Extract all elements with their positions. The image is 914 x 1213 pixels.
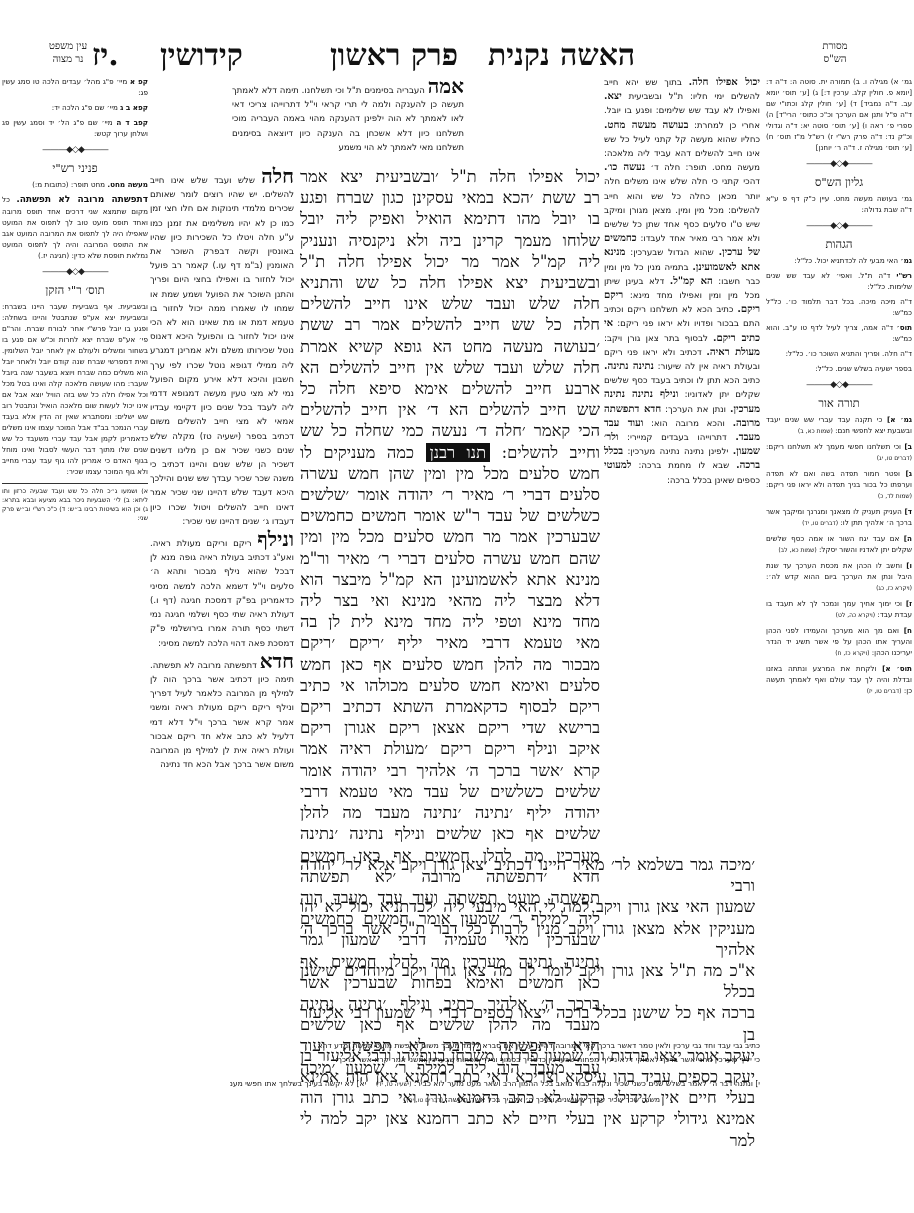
hagahot-text: האי מבעי לה לכדתניא יכול. כל"ל: (794, 256, 898, 265)
daf-number: יז. (92, 38, 119, 78)
rashi-dibbur: נתינה נתינה. (604, 361, 654, 372)
verse-mark: גמ׳ א] (887, 415, 912, 424)
gemara-line-tanu-rabanan: וחייב להשלים: תנו רבנן כמה מעניקים לו (300, 442, 600, 463)
verse-mark: ח] (904, 626, 912, 635)
rashi-commentary: יכול אפילו חלה. בתוך שש יהא חייב להשלים … (604, 76, 760, 804)
tosafot-opening: אמה העבריה בסימנים ת"ל וכי תשלחנו. תימה … (232, 76, 464, 166)
verse-ref: (דברים טו, יז) (867, 688, 902, 695)
gemara-line: ליה קמ"ל אמר מר יכול אפילו חלה ת"ל (300, 251, 600, 272)
verse-text: משנה שכר שכיר עבדך שש שנים וברכך ה׳ אלהי… (445, 1095, 660, 1104)
tanu-rabanan-marker: תנו רבנן (426, 443, 491, 462)
ein-mishpat-text: מיי׳ פ"ג מהל׳ עבדים הלכה טו סמג עשין פג: (2, 77, 148, 97)
hagahot-text: ד"ה מיכה מיכה. בכל דבר תלמוד כו׳. כל"ל כ… (766, 297, 912, 317)
ein-mishpat-mark: קפא ב ג (120, 103, 148, 112)
gemara-line: שלוחו מעמך קרינן ביה ולא ניקנסיה ונעניק (300, 230, 600, 251)
ornament-divider: ———◆◇◆——— (766, 159, 912, 169)
verse-ref: (ישעיה טז, יד) (376, 1081, 412, 1088)
gemara-line: קרא ׳אשר ברכך ה׳ אלהיך רבי יהודה אומר (300, 760, 600, 781)
tosafot-text: ריקם וריקם מעולת ראיה. ואע"ג דכתיב בעולת… (150, 539, 294, 648)
ein-mishpat-list: קפ א מיי׳ פ"ג מהל׳ עבדים הלכה טו סמג עשי… (2, 76, 148, 139)
torah-or-entry: ה] אם עבד יגח השור או אמה כסף שלשים שקלי… (766, 533, 912, 556)
gemara-line: ברכה אף כל שישנן בכלל ברכה ׳יצאו כספים ד… (300, 1002, 755, 1044)
bottom-verse-line: משנה שכר שכיר עבדך שש שנים וברכך ה׳ אלהי… (330, 1094, 660, 1107)
gemara-line: אמינא גידולי קרקע אין בעלי חיים לא כתב ר… (300, 1108, 755, 1129)
ornament-divider: ———◆◇◆——— (2, 267, 148, 277)
verse-ref: (ויקרא כז, ח) (835, 650, 869, 657)
hagahot-entry: ד"ה חלה. ופריך והתניא השוכר כו׳. כל"ל: (766, 348, 912, 359)
footnotes: א) ושמעו ג״כ חלה כל שש ועבד שבעיה כרזון … (2, 483, 148, 523)
torah-or-entry: ד] העניק תעניק לו מצאנך ומגרנך ומיקבך אש… (766, 506, 912, 529)
gemara-line: מחד מינא וטפי ליה מחד מינא לית לן בה (300, 611, 600, 632)
rashi-text: שבא לו מחמת ברכה: (638, 461, 729, 471)
verse-mark: ג] (906, 469, 913, 478)
verse-ref: (דברים טו, יג) (877, 455, 912, 462)
ein-mishpat-heading: עין משפט נר מצוה (38, 40, 98, 66)
verse-text: העניק תעניק לו מצאנך ומגרנך ומיקבך אשר ב… (766, 507, 912, 527)
perek-number: פרק ראשון (330, 38, 458, 78)
rashi-text: כספים שאינן בכלל ברכה: (667, 476, 760, 486)
ein-mishpat-mark: קפ א (130, 77, 148, 86)
gemara-line: ובשביעית יצא אפילו חלה כל שש והתניא (300, 272, 600, 293)
tosafot-entry: חדא דתפשתה מרובה לא תפשתה. תימה כיון דכת… (150, 651, 294, 773)
ner-mitzvah-label: נר מצוה (38, 53, 98, 66)
hagahot-label: רש"י (896, 271, 912, 280)
gemara-line: ׳בעושה מעשה מחט הא גופא קשיא אמרת (300, 336, 600, 357)
rashi-text: והכא מרובה הוא: (651, 419, 725, 429)
rashi-text: דתרוייהו בעבדים קמיירי: (627, 433, 727, 443)
torah-or-entry: ב] וכי תשלחנו חפשי מעמך לא תשלחנו ריקם: … (766, 441, 912, 464)
rashi-dibbur: הא קמ"ל. (670, 276, 713, 287)
gemara-line: מבכור מה להלן חמש סלעים אף כאן חמש (300, 654, 600, 675)
gemara-line: שבערכין אמר מר חמש סלעים מכל מין ומין (300, 526, 600, 547)
gemara-line: למר (300, 1130, 755, 1151)
gemara-line: איקב ונילף ריקם ריקם ׳מעולת ראיה אמר (300, 738, 600, 759)
gemara-line: רב ששת ׳הכא במאי עסקינן כגון שברח ופגע (300, 187, 600, 208)
gemara-line: שמעון האי צאן גורן ויקב למה לי האי מיבעי… (300, 896, 755, 917)
penine-rashi-dibbur: דתפשתה מרובה לא תפשתה. (16, 195, 148, 205)
tos-rid-text: ובשביעית. אף בשביעית שעבר היינו בשברח: ו… (2, 301, 148, 477)
verse-text: וחשב לו הכהן את מכסת הערכך עד שנת היבל ו… (766, 561, 912, 581)
verse-text: ופטר חמור תפדה בשה ואם לא תפדה וערפתו כל… (766, 469, 912, 489)
gemara-line: מנינא אתא לאשמועינן הא קמ"ל מיבצר הוא (300, 569, 600, 590)
gemara-line: ׳מיכה גמר בשלמא לר׳ מאיר היינו דכתיב ׳צא… (300, 854, 755, 896)
gemara-line: א"כ מה ת"ל צאן גורן ויקב לומר לך מה צאן … (300, 960, 755, 1002)
hagahot-label: תוס׳ (897, 323, 912, 332)
tosafot-dibbur: ונילף (257, 527, 294, 551)
gemara-line: יכול אפילו חלה ת"ל ׳ובשביעית יצא אמר (300, 166, 600, 187)
torah-or-title: תורה אור (766, 394, 912, 412)
gemara-line: סלעים ואימא חמש סלעים מכולהו אי כתיב (300, 675, 600, 696)
hagahot-text: בספר ישעיה בשלש שנים. כל"ל: (815, 364, 912, 373)
hashas-label: הש"ס (800, 53, 870, 66)
ein-mishpat-entry: קפ א מיי׳ פ"ג מהל׳ עבדים הלכה טו סמג עשי… (2, 76, 148, 98)
ornament-divider: ———◆◇◆——— (2, 145, 148, 155)
torah-or-entry: ח] ואם מך הוא מערכך והעמידו לפני הכהן וה… (766, 625, 912, 659)
gemara-line: חלה שלש ועבד שלש אינו חייב להשלים (300, 293, 600, 314)
rashi-dibbur: נעשה כו׳. (604, 162, 645, 173)
tos-rid-title: תוס׳ ר"י הזקן (2, 281, 148, 299)
mesoret-label: מסורת (800, 40, 870, 53)
hagahot-text: ד"ה חלה. ופריך והתניא השוכר כו׳. כל"ל: (786, 349, 912, 358)
rashi-text: שהוא הגדול שבערכין: (630, 248, 713, 258)
gemara-line: חמש סלעים מכל מין ומין שהן חמש עשרה (300, 463, 600, 484)
ein-mishpat-entry: קפב ד ה מיי׳ שם פ"ג הל׳ יד וסמג עשין פג … (2, 117, 148, 139)
verse-text: י] ונתנה דבר ה׳ לאמר בשלש שנים כשני שכיר… (414, 1079, 760, 1088)
gemara-line: חלה שלש ועבד שלש אין חייב להשלים הא (300, 357, 600, 378)
gemara-line: הכי קאמר ׳חלה ד׳ נעשה כמי שחלה כל שש (300, 420, 600, 441)
gilyon-hashas-title: גליון הש"ס (766, 173, 912, 191)
gemara-line: בו יובל מהו דתימא הואיל ואפיק ליה יובל (300, 208, 600, 229)
penine-rashi-title: פניני רש"י (2, 159, 148, 177)
gemara-line: שש חייב להשלים הא ד׳ אין חייב להשלים (300, 399, 600, 420)
ein-mishpat-label: עין משפט (38, 40, 98, 53)
verse-ref: (שמות כא, לב) (778, 547, 816, 554)
verse-ref: (דברים טו, יד) (802, 520, 838, 527)
hagahot-entry: בספר ישעיה בשלש שנים. כל"ל: (766, 363, 912, 374)
rashi-text: ילפינן נתינה נתינה מערכין: (627, 447, 728, 457)
verse-ref: (ויקרא כז, כג) (876, 585, 912, 592)
verse-text: יא] לא יקשה בעינך בשלחך אתו חפשי מעמך כי (230, 1079, 366, 1088)
gemara-line: יהודה יליף ׳נתינה ׳נתינה מעבד מה להלן (300, 802, 600, 823)
gemara-line: מעניקין אלא מצאן גורן ויקב מנין לרבות כל… (300, 918, 755, 960)
tosafot-continuation-line: כתיב גבי עבד וחד גבי ערכין ולאין טמר דאש… (150, 1040, 760, 1052)
verse-ref: (ויקרא כה, לט) (836, 612, 875, 619)
verse-mark: ו] (906, 561, 912, 570)
right-margin: גמ׳ א) מגילה ו. ב) תמורה ית. סוטה ה: ד"ה… (766, 76, 912, 1036)
mesoret-hashas-text: גמ׳ א) מגילה ו. ב) תמורה ית. סוטה ה: ד"ה… (766, 76, 912, 153)
gemara-line: שלשים אף כאן שלשים ונילף נתינה ׳נתינה (300, 823, 600, 844)
verse-mark: תוס׳ א] (882, 664, 912, 673)
hagahot-entry: תוס׳ ד"ה אמה, צריך לעיל לדף טו ע"ב. והוא… (766, 322, 912, 344)
gemara-line: דלא מבצר ליה מהאי מנינא ואי בצר ליה (300, 590, 600, 611)
tosafot-opening-word: אמה (428, 76, 464, 98)
torah-or-entry: תוס׳ א] ולקחת את המרצע ונתתה באזנו ובדלת… (766, 663, 912, 697)
ornament-divider: ———◆◇◆——— (766, 221, 912, 231)
gemara-line: ריקם לבסוף כדקאמרת השתא דכתיב ריקם (300, 696, 600, 717)
verse-mark: ב] (904, 442, 912, 451)
torah-or-entry: גמ׳ א] כי תקנה עבד עברי שש שנים יעבד ובש… (766, 414, 912, 437)
gemara-text: וחייב להשלים: (502, 443, 600, 462)
masechet-name: קידושין (160, 38, 243, 78)
torah-or-entry: ז] וכי ימוך אחיך עמך ונמכר לך לא תעבד בו… (766, 598, 912, 621)
gemara-line: כשלשים של עבד ר"ש אומר חמשים כחמשים (300, 505, 600, 526)
mesoret-hashas-heading: מסורת הש"ס (800, 40, 870, 66)
rashi-text: לבסוף בתר צאן גורן ויקב: (604, 334, 708, 344)
hagahot-entry: רש"י ד"ה ת"ל. ואפי׳ לא עבד שש שנים שלימו… (766, 270, 912, 292)
ein-mishpat-text: מיי׳ שם פ"ג הלכה יד: (52, 103, 118, 112)
gemara-line: סלעים דברי ר׳ מאיר ר׳ יהודה אומר ׳שלשים (300, 484, 600, 505)
hagahot-text: ד"ה אמה, צריך לעיל לדף טו ע"ב. והוא כמ"ש… (766, 323, 912, 343)
tosafot-text: שלש ועבד שלש אינו חייב להשלים. יש שהיו ר… (150, 176, 294, 527)
gemara-line: שלשים כשלשים של עבד מאי טעמא דרבי (300, 781, 600, 802)
gemara-text: כמה מעניקים לו (300, 443, 414, 462)
tosafot-commentary: חלה שלש ועבד שלש אינו חייב להשלים. יש שה… (150, 166, 294, 1038)
verse-mark: ה] (904, 534, 912, 543)
hagahot-label: גמ׳ (900, 256, 912, 265)
gilyon-hashas-text: גמ׳ בעושה מעשה מחט. עיין כ"ק דף פ ע"א ד"… (766, 193, 912, 215)
rashi-dibbur: יצא. (604, 91, 622, 102)
tosafot-dibbur: חדא (260, 649, 294, 673)
tosafot-text: דתפשתה מרובה לא תפשתה. תימה כיון דכתיב א… (150, 661, 294, 770)
perek-name: האשה נקנית (488, 38, 635, 78)
hagahot-entry: גמ׳ האי מבעי לה לכדתניא יכול. כל"ל: (766, 255, 912, 266)
penine-rashi-dibbur: מעשה מחט. (107, 180, 148, 189)
verse-mark: ד] (904, 507, 912, 516)
tosafot-continuation-line: כי יליף מערכין מהני אשר ברכך לאפוקי דלא … (150, 1054, 760, 1066)
rashi-text: ונתן את הערכך: (665, 405, 726, 415)
rashi-dibbur: מעולת ראיה. (706, 347, 760, 358)
ein-mishpat-mark: קפב ד ה (116, 118, 148, 127)
gemara-line: ברישא שדי ריקם אצאן ריקם אגורן ריקם (300, 717, 600, 738)
verse-ref: (דברים טו, יח) (406, 1097, 443, 1104)
verse-mark: ז] (906, 599, 912, 608)
ein-mishpat-entry: קפא ב ג מיי׳ שם פ"ג הלכה יד: (2, 102, 148, 113)
gemara-line: חלה כל שש חייב להשלים אמר רב ששת (300, 314, 600, 335)
torah-or-list: גמ׳ א] כי תקנה עבד עברי שש שנים יעבד ובש… (766, 414, 912, 697)
gemara-line: שהם חמש עשרה סלעים דברי ר׳ מאיר ור"מ (300, 548, 600, 569)
rashi-dibbur: בעושה מעשה מחט. (604, 120, 688, 131)
penine-rashi-entry: מעשה מחט. מחט תופר: (כתובות מ:) (2, 179, 148, 190)
gemara-line: ארבע חייב להשלים אימא סיפא חלה כל (300, 378, 600, 399)
verse-ref: (שמות לד, כ) (878, 493, 912, 500)
hagahot-title: הגהות (766, 235, 912, 253)
penine-rashi-entry: דתפשתה מרובה לא תפשתה. כל מקום שתמצא שני… (2, 194, 148, 261)
rashi-dibbur: יכול אפילו חלה. (689, 77, 760, 88)
tosafot-dibbur: חלה (261, 166, 294, 188)
torah-or-entry: ו] וחשב לו הכהן את מכסת הערכך עד שנת היב… (766, 560, 912, 594)
rashi-dibbur: למעוטי (604, 460, 632, 471)
gemara-line: מאי טעמא דרבי מאיר יליף ׳ריקם ׳ריקם (300, 632, 600, 653)
verse-ref: (שמות כא, ב) (798, 428, 833, 435)
torah-or-entry: ג] ופטר חמור תפדה בשה ואם לא תפדה וערפתו… (766, 468, 912, 502)
tosafot-entry: ונילף ריקם וריקם מעולת ראיה. ואע"ג דכתיב… (150, 529, 294, 651)
bottom-verse-line: י] ונתנה דבר ה׳ לאמר בשלש שנים כשני שכיר… (230, 1078, 760, 1091)
verse-text: וכי תשלחנו חפשי מעמך לא תשלחנו ריקם: (766, 442, 901, 451)
ornament-divider: ———◆◇◆——— (766, 380, 912, 390)
penine-rashi-text: מחט תופר: (כתובות מ:) (32, 180, 105, 189)
hagahot-text: ד"ה ת"ל. ואפי׳ לא עבד שש שנים שלימות. כל… (766, 271, 912, 291)
hagahot-list: גמ׳ האי מבעי לה לכדתניא יכול. כל"ל: רש"י… (766, 255, 912, 374)
tosafot-entry: חלה שלש ועבד שלש אינו חייב להשלים. יש שה… (150, 166, 294, 529)
left-margin: קפ א מיי׳ פ"ג מהל׳ עבדים הלכה טו סמג עשי… (2, 76, 148, 1036)
hagahot-entry: ד"ה מיכה מיכה. בכל דבר תלמוד כו׳. כל"ל כ… (766, 296, 912, 318)
